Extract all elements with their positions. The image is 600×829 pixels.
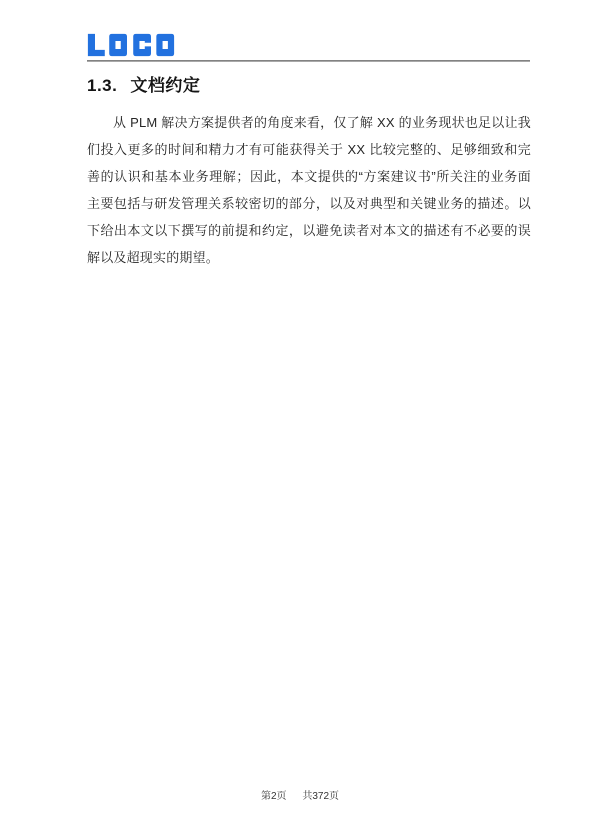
section-heading: 1.3.文档约定 bbox=[87, 71, 200, 96]
header-divider bbox=[87, 60, 530, 62]
logo-letters-icon bbox=[88, 34, 174, 56]
page-footer: 第2页 共372页 bbox=[0, 787, 600, 802]
section-title: 文档约定 bbox=[130, 76, 200, 95]
body-paragraph: 从 PLM 解决方案提供者的角度来看，仅了解 XX 的业务现状也足以让我们投入更… bbox=[87, 109, 531, 271]
section-number: 1.3. bbox=[87, 76, 117, 95]
footer-page-number: 第2页 bbox=[261, 791, 287, 802]
logo bbox=[87, 33, 175, 57]
document-page: 1.3.文档约定 从 PLM 解决方案提供者的角度来看，仅了解 XX 的业务现状… bbox=[0, 0, 600, 829]
footer-total-pages: 共372页 bbox=[302, 791, 339, 802]
